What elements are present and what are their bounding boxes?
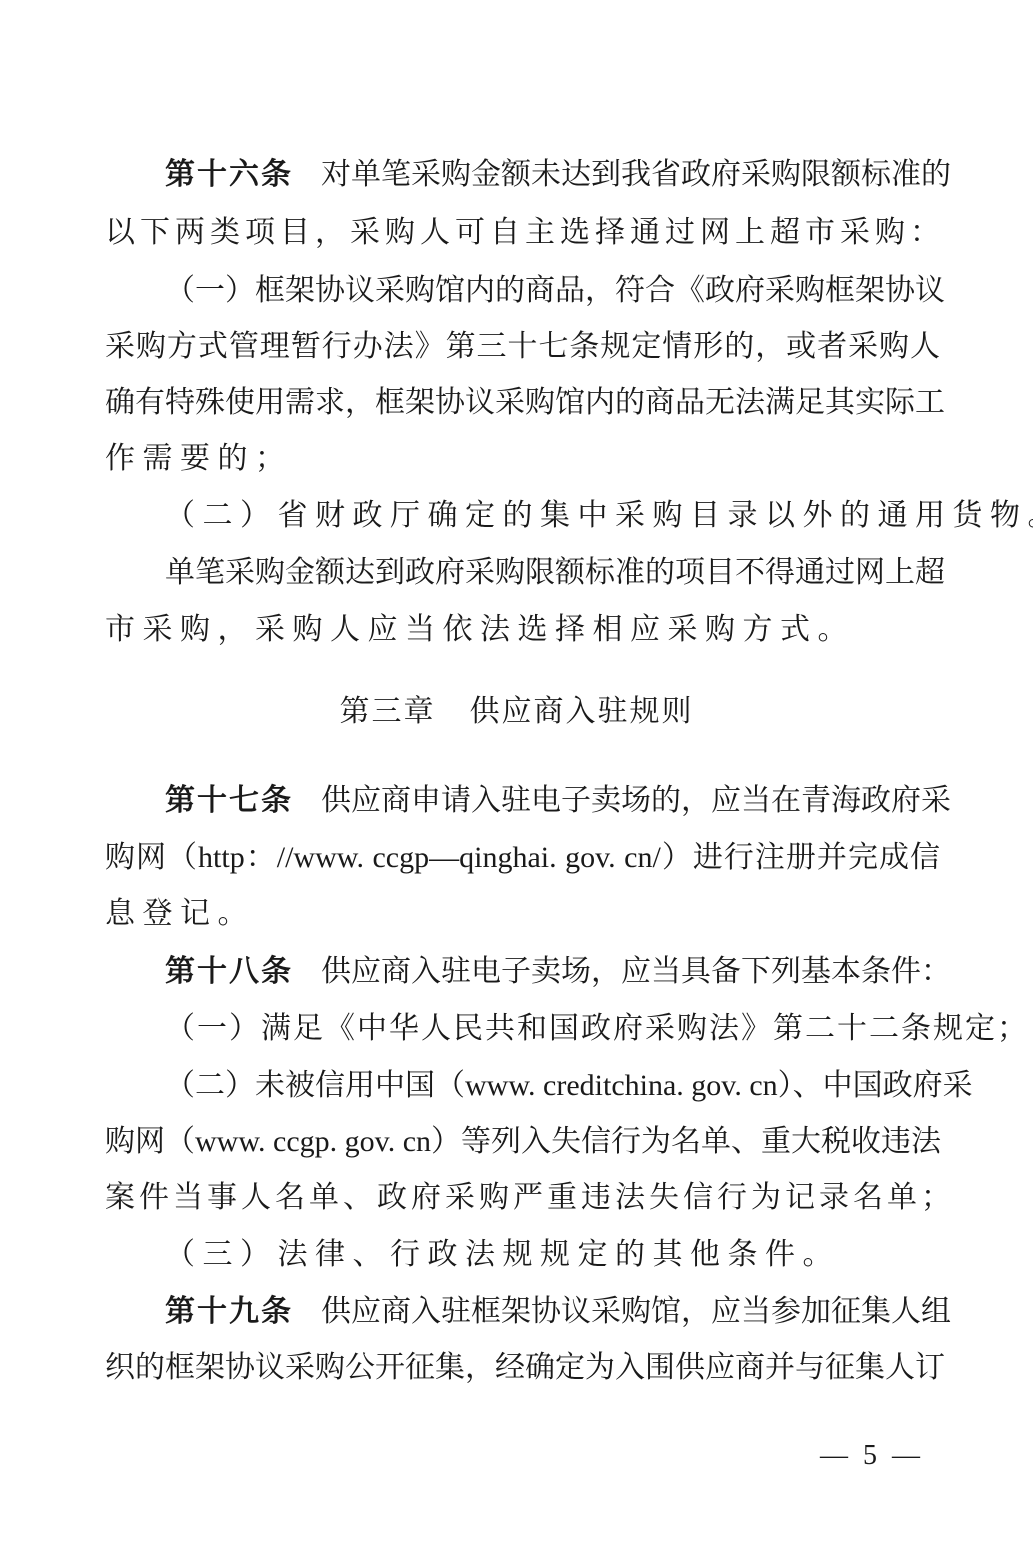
article16-heading: 第十六条 (165, 157, 293, 192)
article18-heading: 第十八条 (165, 954, 293, 989)
article19-line-1: 第十九条供应商入驻框架协议采购馆，应当参加征集人组 (165, 1294, 940, 1330)
article16-item1-line-1: （一）框架协议采购馆内的商品，符合《政府采购框架协议 (165, 273, 940, 309)
document-page: 第十六条对单笔采购金额未达到我省政府采购限额标准的 以下两类项目，采购人可自主选… (0, 0, 1033, 1550)
article16-closing-line-2: 市采购，采购人应当依法选择相应采购方式。 (105, 612, 940, 648)
article19-heading: 第十九条 (165, 1294, 293, 1329)
article18-item2-line-2: 购网（www. ccgp. gov. cn）等列入失信行为名单、重大税收违法 (105, 1124, 940, 1160)
article16-closing-line-1: 单笔采购金额达到政府采购限额标准的项目不得通过网上超 (165, 555, 940, 591)
article18-item2-line-1: （二）未被信用中国（www. creditchina. gov. cn）、中国政… (165, 1068, 940, 1104)
article18-item1-line-1: （一）满足《中华人民共和国政府采购法》第二十二条规定； (165, 1011, 940, 1047)
article19-line-2: 织的框架协议采购公开征集，经确定为入围供应商并与征集人订 (105, 1350, 940, 1386)
article17-heading: 第十七条 (165, 783, 293, 818)
article16-line-2: 以下两类项目，采购人可自主选择通过网上超市采购： (105, 215, 940, 251)
article17-line-2: 购网（http：//www. ccgp—qinghai. gov. cn/）进行… (105, 840, 940, 876)
article16-item1-line-3: 确有特殊使用需求，框架协议采购馆内的商品无法满足其实际工 (105, 385, 940, 421)
article16-item2-line-1: （二）省财政厅确定的集中采购目录以外的通用货物。 (165, 498, 940, 534)
page-number: — 5 — (820, 1440, 924, 1472)
article17-line-3: 息登记。 (105, 896, 940, 932)
chapter-number: 第三章 (340, 694, 436, 729)
article16-line-1: 第十六条对单笔采购金额未达到我省政府采购限额标准的 (165, 157, 940, 193)
article18-line-1: 第十八条供应商入驻电子卖场，应当具备下列基本条件： (165, 954, 940, 990)
article17-line-1: 第十七条供应商申请入驻电子卖场的，应当在青海政府采 (165, 783, 940, 819)
article18-item2-line-3: 案件当事人名单、政府采购严重违法失信行为记录名单； (105, 1180, 940, 1216)
article16-item1-line-4: 作需要的； (105, 441, 940, 477)
chapter-title: 供应商入驻规则 (470, 694, 694, 729)
article16-item1-line-2: 采购方式管理暂行办法》第三十七条规定情形的，或者采购人 (105, 329, 940, 365)
article18-item3-line-1: （三）法律、行政法规规定的其他条件。 (165, 1237, 940, 1273)
chapter-heading: 第三章供应商入驻规则 (0, 694, 1033, 730)
